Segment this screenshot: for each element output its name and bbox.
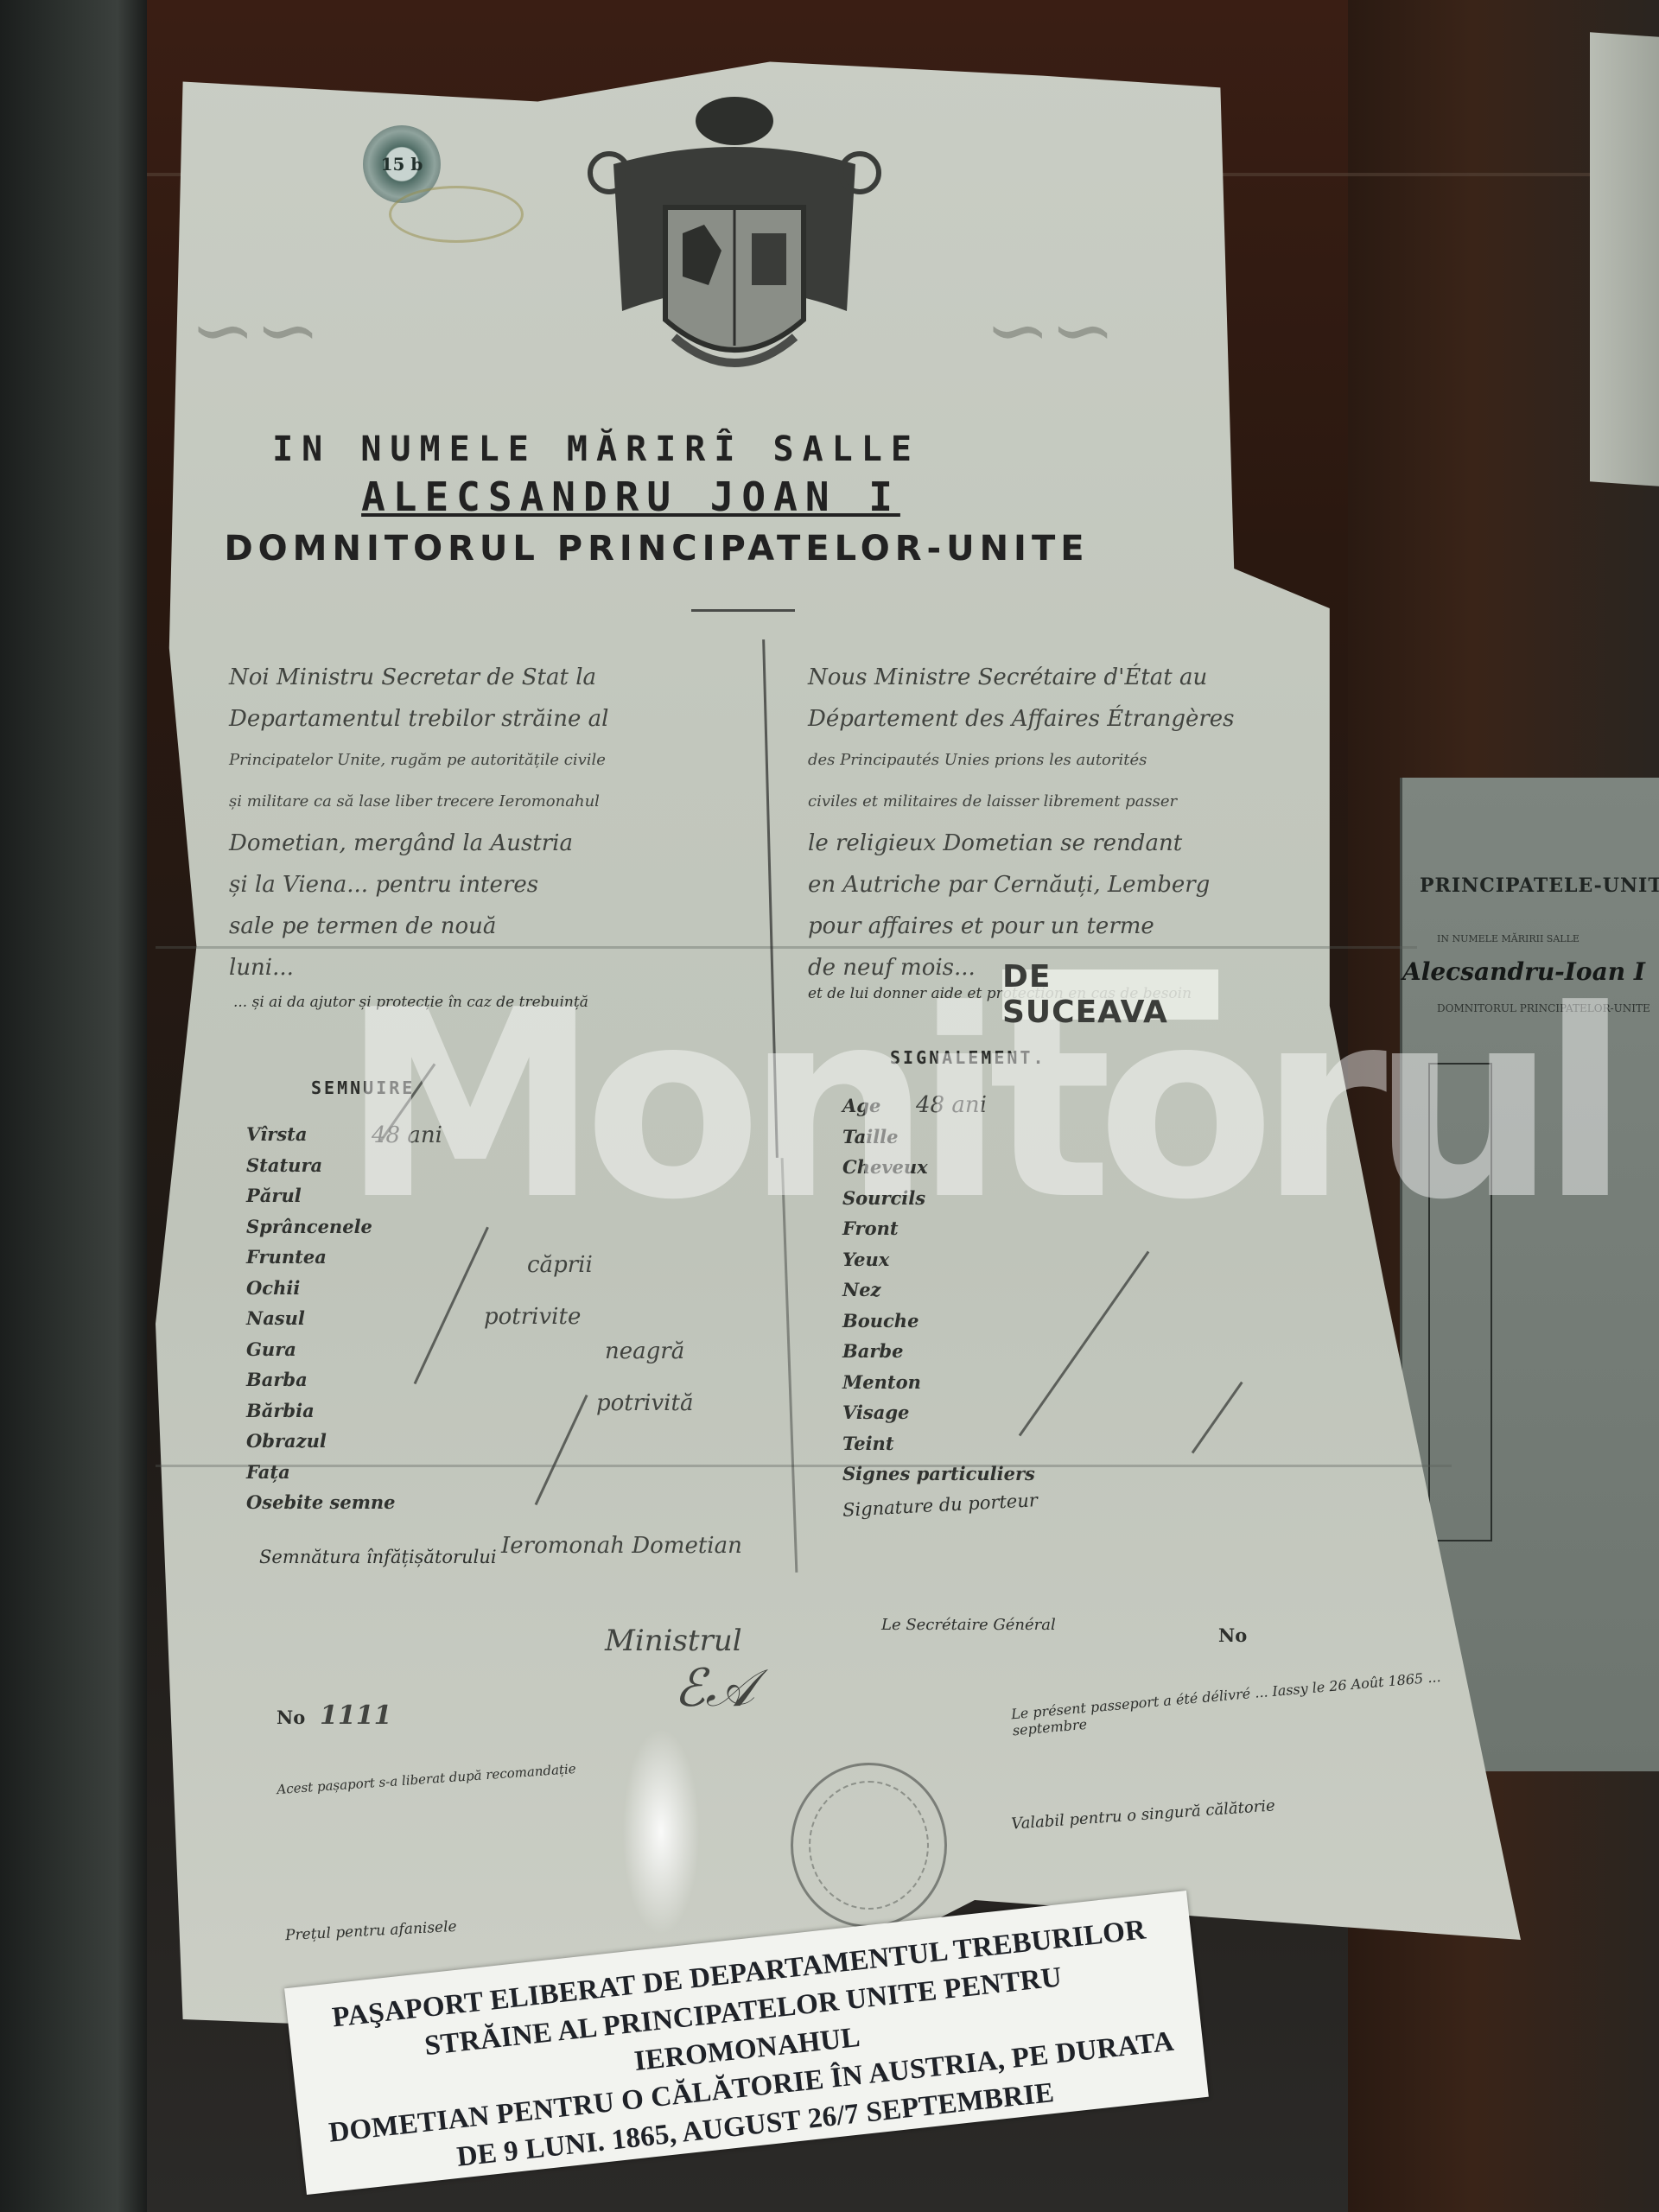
field-label: Obrazul <box>246 1426 396 1457</box>
right-intro-line: Nous Ministre Secrétaire d'État au <box>808 657 1235 698</box>
field-label: Visage <box>842 1397 1035 1428</box>
right-intro-line: pour affaires et pour un terme <box>808 906 1235 947</box>
right-intro-line: en Autriche par Cernăuți, Lemberg <box>808 864 1235 906</box>
passport-number: 1111 <box>320 1695 392 1737</box>
header-divider <box>691 609 795 612</box>
field-label: Signes particuliers <box>842 1459 1035 1490</box>
header-line-1: IN NUMELE MĂRIRÎ SALLE <box>0 429 1426 469</box>
watermark-tag: DE SUCEAVA <box>1002 969 1218 1020</box>
left-intro-line: și la Viena... pentru interes <box>229 864 608 906</box>
field-label: Barbe <box>842 1336 1035 1367</box>
left-intro-line: Dometian, mergând la Austria <box>229 823 608 864</box>
right-number-label: No <box>1218 1624 1247 1646</box>
field-label: Bărbia <box>246 1395 396 1427</box>
minister-signature: ℰ𝒜 <box>674 1668 754 1709</box>
right-intro-text: Nous Ministre Secrétaire d'État au Dépar… <box>808 657 1235 988</box>
field-label: Ochii <box>246 1273 396 1304</box>
field-label: Bouche <box>842 1306 1035 1337</box>
official-seal <box>791 1763 947 1928</box>
glass-reflection <box>622 1728 700 1935</box>
coat-of-arms-icon <box>570 95 899 397</box>
left-intro-line: Principatelor Unite, rugăm pe autorități… <box>229 740 608 781</box>
decorative-flourish: ∽∽ <box>190 285 321 376</box>
field-label: Barba <box>246 1364 396 1395</box>
field-label: Fața <box>246 1457 396 1488</box>
right-intro-line: des Principautés Unies prions les autori… <box>808 740 1235 781</box>
bearer-signature: Ieromonah Dometian <box>501 1525 742 1567</box>
header-ruler-name: ALECSANDRU JOAN I <box>0 474 1460 520</box>
left-intro-text: Noi Ministru Secretar de Stat la Departa… <box>229 657 608 988</box>
value-hair: potrivite <box>484 1296 581 1338</box>
left-intro-line: Noi Ministru Secretar de Stat la <box>229 657 608 698</box>
stamp-value: 15 b <box>381 154 423 175</box>
field-label: Teint <box>842 1428 1035 1459</box>
right-intro-line: le religieux Dometian se rendant <box>808 823 1235 864</box>
header-line-3: DOMNITORUL PRINCIPATELOR-UNITE <box>0 529 1486 569</box>
partial-document-top-right <box>1590 32 1659 486</box>
secretary-label: Le Secrétaire Général <box>881 1616 1056 1634</box>
value-chin: potrivită <box>596 1382 693 1424</box>
signature-label-ro: Semnătura înfățișătorului <box>259 1547 497 1567</box>
left-intro-line: și militare ca să lase liber trecere Ier… <box>229 781 608 823</box>
left-intro-line: sale pe termen de nouă <box>229 906 608 947</box>
left-intro-line: Departamentul trebilor străine al <box>229 698 608 740</box>
field-label: Nasul <box>246 1303 396 1334</box>
secondary-doc-subtitle: IN NUMELE MĂRIRII SALLE <box>1437 933 1580 944</box>
minister-label: Ministrul <box>605 1620 742 1662</box>
decorative-flourish: ∽∽ <box>985 285 1116 376</box>
field-label: Gura <box>246 1334 396 1365</box>
postmark-oval <box>389 186 524 243</box>
secondary-doc-title: PRINCIPATELE-UNITE <box>1420 874 1659 897</box>
field-label: Menton <box>842 1367 1035 1398</box>
value-mouth: neagră <box>605 1331 684 1372</box>
field-label: Nez <box>842 1274 1035 1306</box>
right-intro-line: Département des Affaires Étrangères <box>808 698 1235 740</box>
left-number-label: No <box>276 1707 305 1728</box>
display-case-frame-left <box>0 0 147 2212</box>
right-intro-line: civiles et militaires de laisser libreme… <box>808 781 1235 823</box>
field-label: Osebite semne <box>246 1487 396 1518</box>
